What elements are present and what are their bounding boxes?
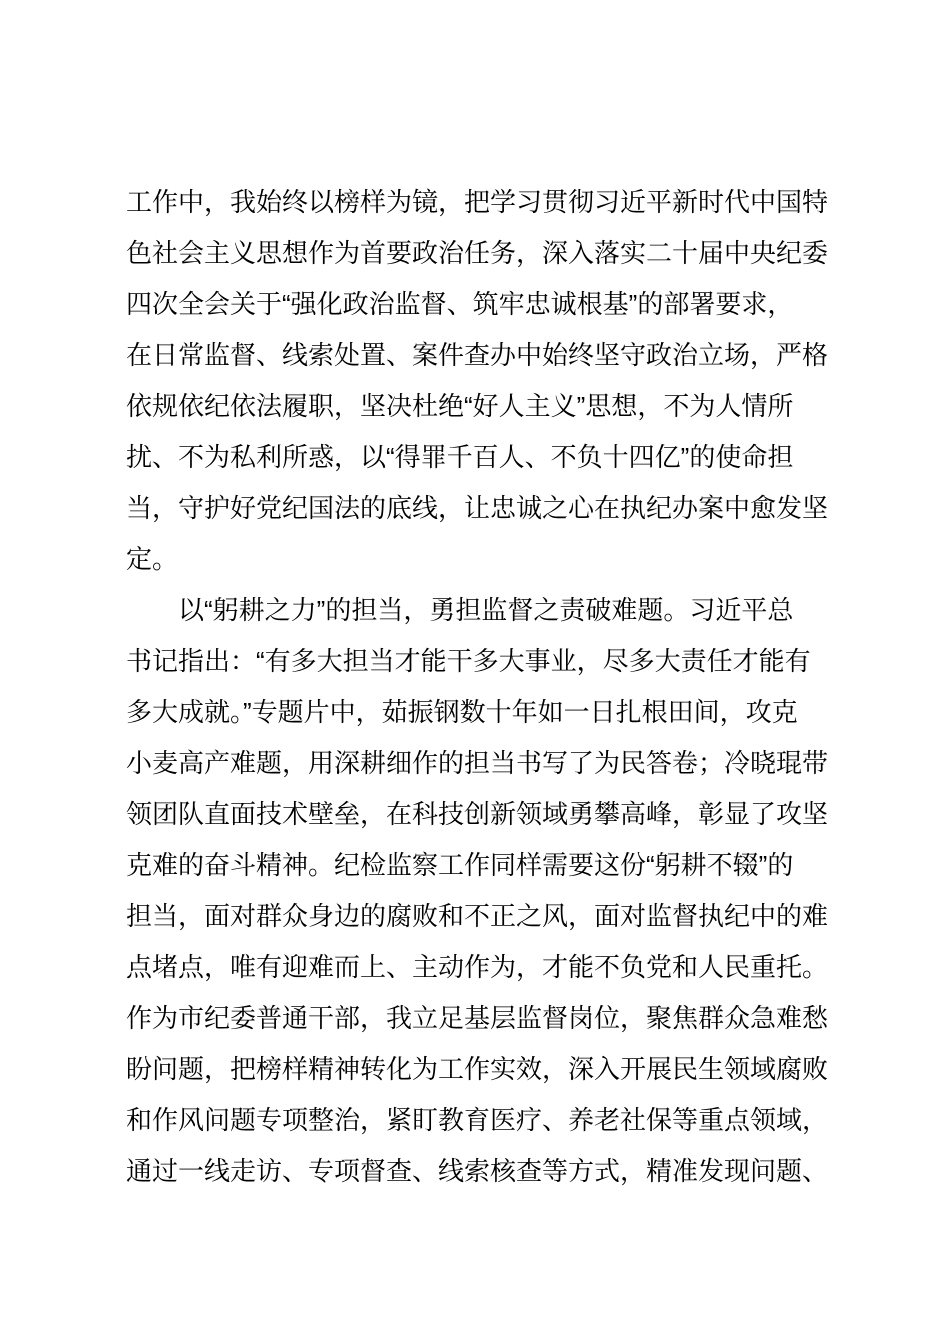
paragraph-2-line-1: 以“躬耕之力”的担当，勇担监督之责破难题。习近平总	[126, 585, 834, 636]
paragraph-2-line-5: 领团队直面技术壁垒，在科技创新领域勇攀高峰，彰显了攻坚	[126, 789, 834, 840]
document-text-block: 工作中，我始终以榜样为镜，把学习贯彻习近平新时代中国特色社会主义思想作为首要政治…	[126, 177, 834, 1197]
paragraph-1-line-7: 当，守护好党纪国法的底线，让忠诚之心在执纪办案中愈发坚	[126, 483, 834, 534]
paragraph-2-line-9: 作为市纪委普通干部，我立足基层监督岗位，聚焦群众急难愁	[126, 993, 834, 1044]
paragraph-1-line-4: 在日常监督、线索处置、案件查办中始终坚守政治立场，严格	[126, 330, 834, 381]
paragraph-2-line-2: 书记指出：“有多大担当才能干多大事业，尽多大责任才能有	[126, 636, 834, 687]
paragraph-1-line-6: 扰、不为私利所惑，以“得罪千百人、不负十四亿”的使命担	[126, 432, 834, 483]
paragraph-2-line-7: 担当，面对群众身边的腐败和不正之风，面对监督执纪中的难	[126, 891, 834, 942]
paragraph-2-line-11: 和作风问题专项整治，紧盯教育医疗、养老社保等重点领域，	[126, 1095, 834, 1146]
paragraph-1-line-2: 色社会主义思想作为首要政治任务，深入落实二十届中央纪委	[126, 228, 834, 279]
paragraph-2-line-6: 克难的奋斗精神。纪检监察工作同样需要这份“躬耕不辍”的	[126, 840, 834, 891]
paragraph-2-line-4: 小麦高产难题，用深耕细作的担当书写了为民答卷；冷晓琨带	[126, 738, 834, 789]
paragraph-1-line-5: 依规依纪依法履职，坚决杜绝“好人主义”思想，不为人情所	[126, 381, 834, 432]
paragraph-1-line-8: 定。	[126, 534, 834, 585]
paragraph-1-line-1: 工作中，我始终以榜样为镜，把学习贯彻习近平新时代中国特	[126, 177, 834, 228]
paragraph-1-line-3: 四次全会关于“强化政治监督、筑牢忠诚根基”的部署要求，	[126, 279, 834, 330]
paragraph-2-line-3: 多大成就。”专题片中，茹振钢数十年如一日扎根田间，攻克	[126, 687, 834, 738]
paragraph-2-line-10: 盼问题，把榜样精神转化为工作实效，深入开展民生领域腐败	[126, 1044, 834, 1095]
document-page: 工作中，我始终以榜样为镜，把学习贯彻习近平新时代中国特色社会主义思想作为首要政治…	[0, 0, 950, 1344]
paragraph-2-line-12: 通过一线走访、专项督查、线索核查等方式，精准发现问题、	[126, 1146, 834, 1197]
paragraph-2-line-8: 点堵点，唯有迎难而上、主动作为，才能不负党和人民重托。	[126, 942, 834, 993]
